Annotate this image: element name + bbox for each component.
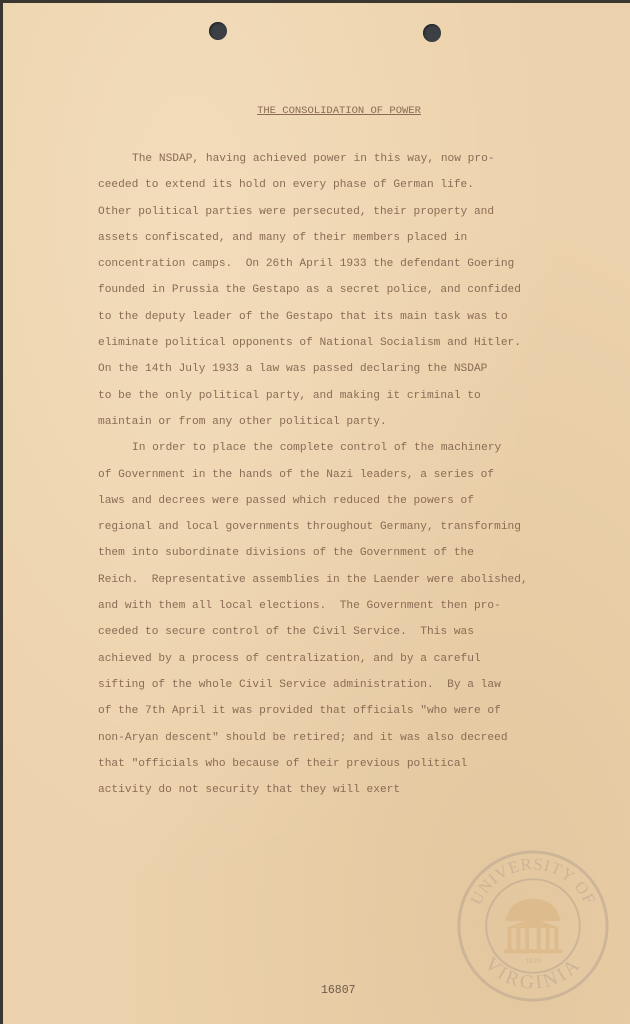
- university-seal-watermark-icon: UNIVERSITY OF VIRGINIA 1819: [455, 848, 611, 1004]
- text-line: activity do not security that they will …: [98, 777, 538, 803]
- punch-hole-icon: [209, 22, 227, 40]
- page-number: 16807: [321, 984, 356, 997]
- text-line: of Government in the hands of the Nazi l…: [98, 462, 538, 488]
- text-line: sifting of the whole Civil Service admin…: [98, 672, 538, 698]
- text-line: that "officials who because of their pre…: [98, 751, 538, 777]
- document-body: The NSDAP, having achieved power in this…: [98, 146, 538, 803]
- text-line: concentration camps. On 26th April 1933 …: [98, 251, 538, 277]
- punch-hole-icon: [423, 24, 441, 42]
- text-line: eliminate political opponents of Nationa…: [98, 330, 538, 356]
- text-line: non-Aryan descent" should be retired; an…: [98, 725, 538, 751]
- svg-text:1819: 1819: [525, 956, 541, 965]
- text-line: founded in Prussia the Gestapo as a secr…: [98, 277, 538, 303]
- text-line: to be the only political party, and maki…: [98, 383, 538, 409]
- text-line: of the 7th April it was provided that of…: [98, 698, 538, 724]
- paragraph-1: The NSDAP, having achieved power in this…: [98, 146, 538, 435]
- text-line: On the 14th July 1933 a law was passed d…: [98, 356, 538, 382]
- text-line: them into subordinate divisions of the G…: [98, 540, 538, 566]
- text-line: achieved by a process of centralization,…: [98, 646, 538, 672]
- text-line: assets confiscated, and many of their me…: [98, 225, 538, 251]
- text-line: The NSDAP, having achieved power in this…: [98, 146, 538, 172]
- paragraph-2: In order to place the complete control o…: [98, 435, 538, 803]
- text-line: and with them all local elections. The G…: [98, 593, 538, 619]
- text-line: Other political parties were persecuted,…: [98, 199, 538, 225]
- text-line: regional and local governments throughou…: [98, 514, 538, 540]
- document-page: THE CONSOLIDATION OF POWER The NSDAP, ha…: [3, 3, 630, 1024]
- text-line: to the deputy leader of the Gestapo that…: [98, 304, 538, 330]
- document-title: THE CONSOLIDATION OF POWER: [3, 105, 630, 117]
- text-line: Reich. Representative assemblies in the …: [98, 567, 538, 593]
- text-line: laws and decrees were passed which reduc…: [98, 488, 538, 514]
- text-line: ceeded to extend its hold on every phase…: [98, 172, 538, 198]
- text-line: In order to place the complete control o…: [98, 435, 538, 461]
- text-line: maintain or from any other political par…: [98, 409, 538, 435]
- text-line: ceeded to secure control of the Civil Se…: [98, 619, 538, 645]
